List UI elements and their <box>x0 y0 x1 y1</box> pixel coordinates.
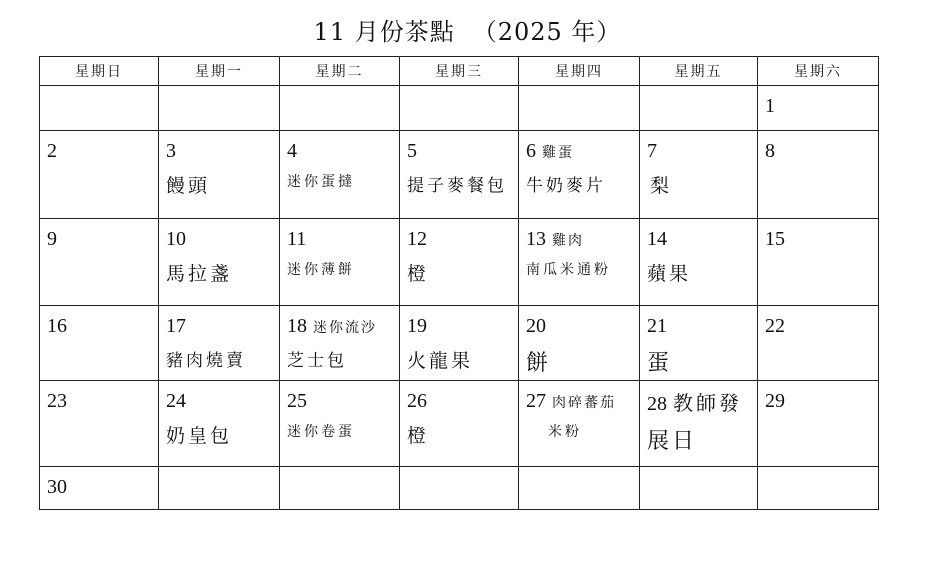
day-cell: 20餅 <box>519 306 640 381</box>
event-note: 教師發 <box>673 391 742 415</box>
day-cell: 17豬肉燒賣 <box>159 306 280 381</box>
snack-note: 雞肉 <box>552 233 584 249</box>
snack-item: 橙 <box>407 421 518 448</box>
day-cell: 1 <box>758 86 879 131</box>
day-cell: 14蘋果 <box>640 219 758 306</box>
month-title: 11 月份茶點 <box>314 18 455 46</box>
day-cell: 5提子麥餐包 <box>400 131 519 219</box>
snack-item: 奶皇包 <box>166 421 279 448</box>
day-number: 7 <box>647 140 657 162</box>
weekday-tue: 星期二 <box>280 57 400 86</box>
day-number: 29 <box>765 390 785 412</box>
day-number: 17 <box>166 315 186 337</box>
day-cell <box>400 467 519 510</box>
snack-item: 迷你蛋撻 <box>287 171 399 191</box>
day-cell <box>280 467 400 510</box>
snack-item: 火龍果 <box>407 346 518 373</box>
day-cell: 9 <box>40 219 159 306</box>
weekday-fri: 星期五 <box>640 57 758 86</box>
day-cell: 22 <box>758 306 879 381</box>
day-cell: 2 <box>40 131 159 219</box>
snack-note: 雞蛋 <box>542 145 574 161</box>
day-cell: 26橙 <box>400 381 519 467</box>
day-number: 10 <box>166 228 186 250</box>
day-number: 28 <box>647 393 667 415</box>
day-number: 24 <box>166 390 186 412</box>
snack-item: 牛奶麥片 <box>526 171 639 196</box>
day-number: 11 <box>287 228 306 250</box>
day-number: 19 <box>407 315 427 337</box>
week-row: 16 17豬肉燒賣 18迷你流沙芝士包 19火龍果 20餅 21蛋 22 <box>40 306 879 381</box>
day-number: 6 <box>526 140 536 162</box>
snack-item: 迷你薄餅 <box>287 259 399 279</box>
day-number: 23 <box>47 390 67 412</box>
day-number: 5 <box>407 140 417 162</box>
year-label: （2025 年） <box>473 18 622 46</box>
day-cell <box>519 86 640 131</box>
snack-item: 提子麥餐包 <box>407 171 518 196</box>
day-number: 4 <box>287 140 297 162</box>
day-cell: 23 <box>40 381 159 467</box>
day-cell: 15 <box>758 219 879 306</box>
day-number: 30 <box>47 476 67 498</box>
day-number: 22 <box>765 315 785 337</box>
day-cell <box>758 467 879 510</box>
week-row: 1 <box>40 86 879 131</box>
event-note-cont: 展日 <box>647 424 757 455</box>
day-cell: 10馬拉盞 <box>159 219 280 306</box>
day-cell: 13雞肉南瓜米通粉 <box>519 219 640 306</box>
day-cell <box>640 467 758 510</box>
snack-item: 馬拉盞 <box>166 259 279 286</box>
day-number: 3 <box>166 140 176 162</box>
snack-item: 米粉 <box>526 421 639 441</box>
day-number: 27 <box>526 390 546 412</box>
day-number: 25 <box>287 390 307 412</box>
day-number: 1 <box>765 95 775 117</box>
snack-item: 蛋 <box>647 346 757 377</box>
week-row: 23 24奶皇包 25迷你卷蛋 26橙 27肉碎蕃茄米粉 28教師發展日 29 <box>40 381 879 467</box>
day-cell <box>400 86 519 131</box>
day-cell: 16 <box>40 306 159 381</box>
day-number: 26 <box>407 390 427 412</box>
day-number: 21 <box>647 315 667 337</box>
day-number: 16 <box>47 315 67 337</box>
day-cell <box>159 467 280 510</box>
day-cell <box>159 86 280 131</box>
day-cell: 25迷你卷蛋 <box>280 381 400 467</box>
weekday-sun: 星期日 <box>40 57 159 86</box>
snack-calendar-table: 星期日 星期一 星期二 星期三 星期四 星期五 星期六 1 2 3饅頭 4迷你蛋… <box>39 56 879 510</box>
day-number: 9 <box>47 228 57 250</box>
day-number: 8 <box>765 140 775 162</box>
day-cell: 24奶皇包 <box>159 381 280 467</box>
day-cell: 30 <box>40 467 159 510</box>
day-cell <box>640 86 758 131</box>
day-number: 20 <box>526 315 546 337</box>
day-number: 18 <box>287 315 307 337</box>
day-cell: 4迷你蛋撻 <box>280 131 400 219</box>
day-number: 14 <box>647 228 667 250</box>
snack-item: 南瓜米通粉 <box>526 259 639 279</box>
day-cell: 18迷你流沙芝士包 <box>280 306 400 381</box>
day-cell: 3饅頭 <box>159 131 280 219</box>
weekday-thu: 星期四 <box>519 57 640 86</box>
day-cell: 21蛋 <box>640 306 758 381</box>
snack-item: 蘋果 <box>647 259 757 286</box>
day-cell: 8 <box>758 131 879 219</box>
snack-item: 饅頭 <box>166 171 279 198</box>
page-title: 11 月份茶點（2025 年） <box>0 16 935 48</box>
weekday-wed: 星期三 <box>400 57 519 86</box>
weekday-sat: 星期六 <box>758 57 879 86</box>
weekday-mon: 星期一 <box>159 57 280 86</box>
snack-item: 餅 <box>526 346 639 377</box>
day-cell <box>280 86 400 131</box>
day-cell: 27肉碎蕃茄米粉 <box>519 381 640 467</box>
snack-note: 迷你流沙 <box>313 320 377 336</box>
week-row: 2 3饅頭 4迷你蛋撻 5提子麥餐包 6雞蛋牛奶麥片 7梨 8 <box>40 131 879 219</box>
week-row: 9 10馬拉盞 11迷你薄餅 12橙 13雞肉南瓜米通粉 14蘋果 15 <box>40 219 879 306</box>
week-row: 30 <box>40 467 879 510</box>
snack-item: 豬肉燒賣 <box>166 346 279 371</box>
day-cell: 6雞蛋牛奶麥片 <box>519 131 640 219</box>
snack-note: 肉碎蕃茄 <box>552 395 616 411</box>
snack-item: 梨 <box>647 171 757 198</box>
snack-item: 芝士包 <box>287 346 399 371</box>
day-cell: 12橙 <box>400 219 519 306</box>
day-cell: 29 <box>758 381 879 467</box>
day-cell: 28教師發展日 <box>640 381 758 467</box>
snack-item: 迷你卷蛋 <box>287 421 399 441</box>
snack-item: 橙 <box>407 259 518 286</box>
day-number: 2 <box>47 140 57 162</box>
day-number: 13 <box>526 228 546 250</box>
day-cell: 11迷你薄餅 <box>280 219 400 306</box>
weekday-header-row: 星期日 星期一 星期二 星期三 星期四 星期五 星期六 <box>40 57 879 86</box>
day-cell: 7梨 <box>640 131 758 219</box>
day-cell <box>519 467 640 510</box>
day-number: 15 <box>765 228 785 250</box>
day-cell: 19火龍果 <box>400 306 519 381</box>
day-number: 12 <box>407 228 427 250</box>
day-cell <box>40 86 159 131</box>
